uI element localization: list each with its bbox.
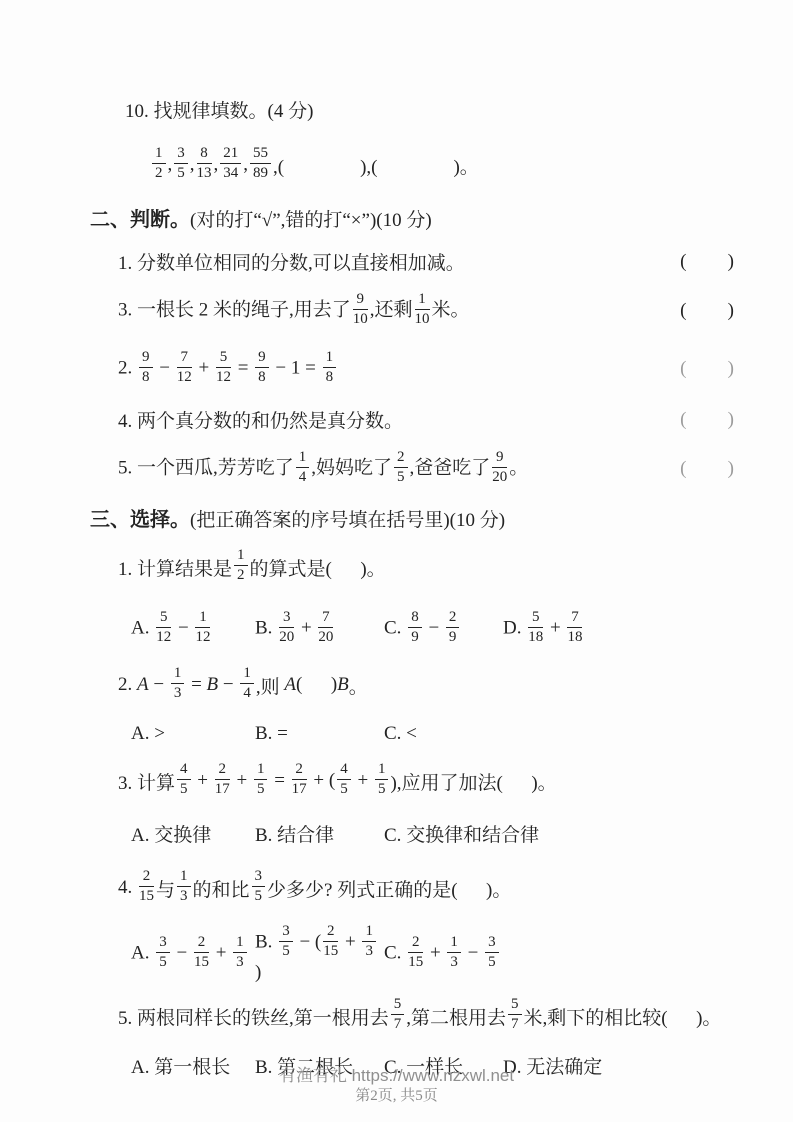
page-content: 10. 找规律填数。(4 分) 12,35,813,2134,5589,( ),… [0, 0, 793, 1079]
choice-question-4-stem: 4. 215与13的和比35少多少? 列式正确的是( )。 [118, 864, 735, 912]
question-10-number-sequence: 12,35,813,2134,5589,( ),( )。 [150, 140, 735, 190]
option-d: D. 518 + 718 [503, 611, 584, 648]
fraction: 35 [485, 934, 499, 971]
fraction: 13 [233, 934, 247, 971]
choice-question-2-options: A. > B. = C. < [131, 722, 735, 746]
fraction: 98 [255, 349, 269, 386]
judge-item-5: 5. 一个西瓜,芳芳吃了14,妈妈吃了25,爸爸吃了920。 ( ) [118, 445, 735, 493]
choice-question-3-stem: 3. 计算45 + 217 + 15 = 217 + (45 + 15),应用了… [118, 757, 735, 805]
option-a: A. 35 − 215 + 13 [131, 936, 255, 973]
answer-bracket: ( ) [680, 458, 735, 480]
fraction: 920 [492, 449, 507, 486]
fraction: 215 [323, 923, 338, 960]
judge-item-3: 3. 一根长 2 米的绳子,用去了910,还剩110米。 ( ) [118, 287, 735, 335]
option-b: B. = [255, 723, 384, 745]
fraction: 98 [139, 349, 153, 386]
fraction: 57 [508, 996, 522, 1033]
fraction: 13 [447, 934, 461, 971]
fraction: 910 [353, 291, 368, 328]
fraction: 29 [446, 609, 460, 646]
fraction: 215 [408, 934, 423, 971]
option-a: A. 交换律 [131, 820, 255, 847]
answer-bracket: ( ) [680, 358, 735, 380]
fraction: 512 [216, 349, 231, 386]
judge-item-5-text: 5. 一个西瓜,芳芳吃了14,妈妈吃了25,爸爸吃了920。 [118, 451, 680, 488]
fraction: 13 [171, 665, 185, 702]
footer-site-url: 有渔有礼 https://www.nzxwl.net [0, 1065, 793, 1086]
fraction: 217 [215, 761, 230, 798]
fraction: 15 [254, 761, 268, 798]
fraction: 12 [234, 547, 248, 584]
option-a: A. > [131, 723, 255, 745]
fraction: 25 [394, 449, 408, 486]
option-c: C. 89 − 29 [384, 611, 503, 648]
choice-question-3-options: A. 交换律 B. 结合律 C. 交换律和结合律 [131, 820, 735, 847]
footer-page-number: 第2页, 共5页 [0, 1086, 793, 1106]
fraction: 14 [240, 665, 254, 702]
question-10-title: 10. 找规律填数。(4 分) [125, 100, 735, 124]
answer-bracket: ( ) [680, 300, 735, 322]
fraction: 13 [177, 868, 191, 905]
answer-bracket: ( ) [680, 251, 735, 273]
judge-item-4: 4. 两个真分数的和仍然是真分数。 ( ) [118, 406, 735, 433]
fraction: 12 [152, 145, 166, 182]
worksheet-page: 10. 找规律填数。(4 分) 12,35,813,2134,5589,( ),… [0, 0, 793, 1122]
fraction: 35 [252, 868, 266, 905]
judge-item-4-text: 4. 两个真分数的和仍然是真分数。 [118, 406, 680, 433]
fraction: 712 [177, 349, 192, 386]
judge-item-2: 2. 98 − 712 + 512 = 98 − 1 = 18 ( ) [118, 345, 735, 393]
fraction: 813 [197, 145, 212, 182]
fraction: 35 [279, 923, 293, 960]
fraction: 45 [337, 761, 351, 798]
fraction: 57 [391, 996, 405, 1033]
fraction: 89 [408, 609, 422, 646]
fraction: 45 [177, 761, 191, 798]
fraction: 720 [318, 609, 333, 646]
fraction: 215 [139, 868, 154, 905]
section-judge-note: (对的打“√”,错的打“×”)(10 分) [190, 210, 432, 231]
fraction: 35 [156, 934, 170, 971]
option-c: C. 215 + 13 − 35 [384, 936, 501, 973]
fraction: 518 [528, 609, 543, 646]
fraction: 13 [362, 923, 376, 960]
fraction: 110 [415, 291, 430, 328]
fraction: 217 [292, 761, 307, 798]
section-judge-header: 二、判断。(对的打“√”,错的打“×”)(10 分) [90, 207, 735, 234]
judge-item-3-text: 3. 一根长 2 米的绳子,用去了910,还剩110米。 [118, 293, 680, 330]
section-judge-title: 二、判断。 [90, 209, 190, 231]
option-b: B. 35 − (215 + 13) [255, 925, 384, 984]
section-choice-header: 三、选择。(把正确答案的序号填在括号里)(10 分) [90, 507, 735, 534]
choice-question-5-stem: 5. 两根同样长的铁丝,第一根用去57,第二根用去57米,剩下的相比较( )。 [118, 993, 735, 1041]
fraction: 15 [375, 761, 389, 798]
choice-question-4-options: A. 35 − 215 + 13 B. 35 − (215 + 13) C. 2… [131, 925, 735, 984]
fraction: 35 [174, 145, 188, 182]
page-footer: 有渔有礼 https://www.nzxwl.net 第2页, 共5页 [0, 1065, 793, 1106]
fraction: 512 [156, 609, 171, 646]
judge-item-1-text: 1. 分数单位相同的分数,可以直接相加减。 [118, 248, 680, 275]
fraction: 2134 [220, 145, 241, 182]
fraction: 14 [296, 449, 310, 486]
judge-item-1: 1. 分数单位相同的分数,可以直接相加减。 ( ) [118, 248, 735, 275]
fraction: 5589 [250, 145, 271, 182]
fraction: 320 [279, 609, 294, 646]
section-choice-title: 三、选择。 [90, 509, 190, 531]
option-a: A. 512 − 112 [131, 611, 255, 648]
option-b: B. 结合律 [255, 820, 384, 847]
fraction: 718 [567, 609, 582, 646]
judge-item-2-text: 2. 98 − 712 + 512 = 98 − 1 = 18 [118, 351, 680, 388]
fraction: 18 [323, 349, 337, 386]
option-c: C. 交换律和结合律 [384, 820, 539, 847]
choice-question-1-options: A. 512 − 112 B. 320 + 720 C. 89 − 29 D. … [131, 605, 735, 653]
fraction: 112 [195, 609, 210, 646]
choice-question-1-stem: 1. 计算结果是12的算式是( )。 [118, 543, 735, 591]
option-c: C. < [384, 723, 503, 745]
fraction: 215 [194, 934, 209, 971]
section-choice-note: (把正确答案的序号填在括号里)(10 分) [190, 510, 505, 531]
option-b: B. 320 + 720 [255, 611, 384, 648]
choice-question-2-stem: 2. A − 13 = B − 14,则 A( )B。 [118, 661, 735, 709]
answer-bracket: ( ) [680, 409, 735, 431]
